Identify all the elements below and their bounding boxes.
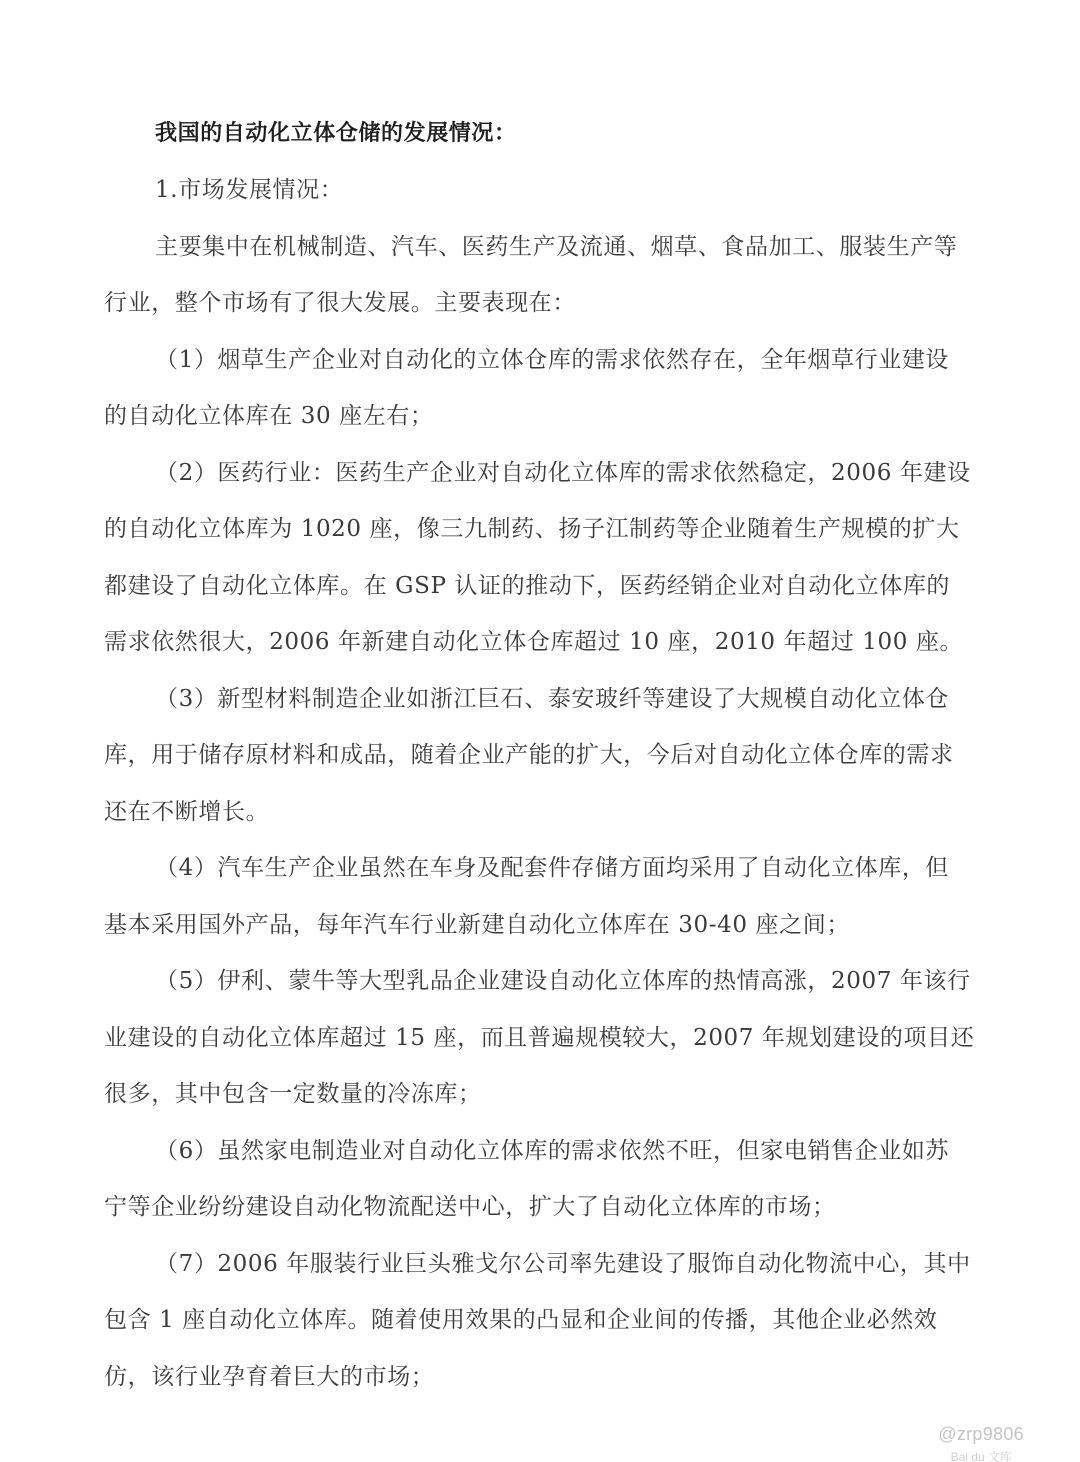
document-page: 我国的自动化立体仓储的发展情况： 1.市场发展情况： 主要集中在机械制造、汽车、… bbox=[0, 0, 1080, 1462]
list-item-1-line: 的自动化立体库在 30 座左右； bbox=[104, 401, 1004, 431]
list-item-5-line: 业建设的自动化立体库超过 15 座，而且普遍规模较大，2007 年规划建设的项目… bbox=[104, 1023, 1004, 1053]
list-item-3-line: 库，用于储存原材料和成品，随着企业产能的扩大，今后对自动化立体仓库的需求 bbox=[104, 740, 1004, 770]
intro-line: 主要集中在机械制造、汽车、医药生产及流通、烟草、食品加工、服装生产等 bbox=[155, 232, 1055, 262]
baidu-wenku-logo-icon: Bai du 文库 bbox=[951, 1448, 1012, 1462]
watermark-handle: @zrp9806 bbox=[938, 1424, 1024, 1445]
list-item-4-line: （4）汽车生产企业虽然在车身及配套件存储方面均采用了自动化立体库，但 bbox=[155, 853, 1055, 883]
list-item-7-line: 仿，该行业孕育着巨大的市场； bbox=[104, 1362, 1004, 1392]
list-item-2-line: 都建设了自动化立体库。在 GSP 认证的推动下，医药经销企业对自动化立体库的 bbox=[104, 571, 1004, 601]
list-item-2-line: 需求依然很大，2006 年新建自动化立体仓库超过 10 座，2010 年超过 1… bbox=[104, 627, 1004, 657]
list-item-7-line: （7）2006 年服装行业巨头雅戈尔公司率先建设了服饰自动化物流中心，其中 bbox=[155, 1249, 1055, 1279]
document-title: 我国的自动化立体仓储的发展情况： bbox=[155, 118, 1055, 148]
list-item-5-line: 很多，其中包含一定数量的冷冻库； bbox=[104, 1079, 1004, 1109]
list-item-3-line: （3）新型材料制造企业如浙江巨石、泰安玻纤等建设了大规模自动化立体仓 bbox=[155, 684, 1055, 714]
list-item-5-line: （5）伊利、蒙牛等大型乳品企业建设自动化立体库的热情高涨，2007 年该行 bbox=[155, 966, 1055, 996]
section-heading: 1.市场发展情况： bbox=[155, 175, 1055, 205]
list-item-2-line: （2）医药行业：医药生产企业对自动化立体库的需求依然稳定，2006 年建设 bbox=[155, 458, 1055, 488]
list-item-1-line: （1）烟草生产企业对自动化的立体仓库的需求依然存在，全年烟草行业建设 bbox=[155, 345, 1055, 375]
list-item-3-line: 还在不断增长。 bbox=[104, 797, 1004, 827]
list-item-2-line: 的自动化立体库为 1020 座，像三九制药、扬子江制药等企业随着生产规模的扩大 bbox=[104, 514, 1004, 544]
list-item-7-line: 包含 1 座自动化立体库。随着使用效果的凸显和企业间的传播，其他企业必然效 bbox=[104, 1305, 1004, 1335]
list-item-6-line: （6）虽然家电制造业对自动化立体库的需求依然不旺，但家电销售企业如苏 bbox=[155, 1136, 1055, 1166]
intro-line: 行业，整个市场有了很大发展。主要表现在： bbox=[104, 288, 1004, 318]
list-item-4-line: 基本采用国外产品，每年汽车行业新建自动化立体库在 30-40 座之间； bbox=[104, 910, 1004, 940]
list-item-6-line: 宁等企业纷纷建设自动化物流配送中心，扩大了自动化立体库的市场； bbox=[104, 1192, 1004, 1222]
